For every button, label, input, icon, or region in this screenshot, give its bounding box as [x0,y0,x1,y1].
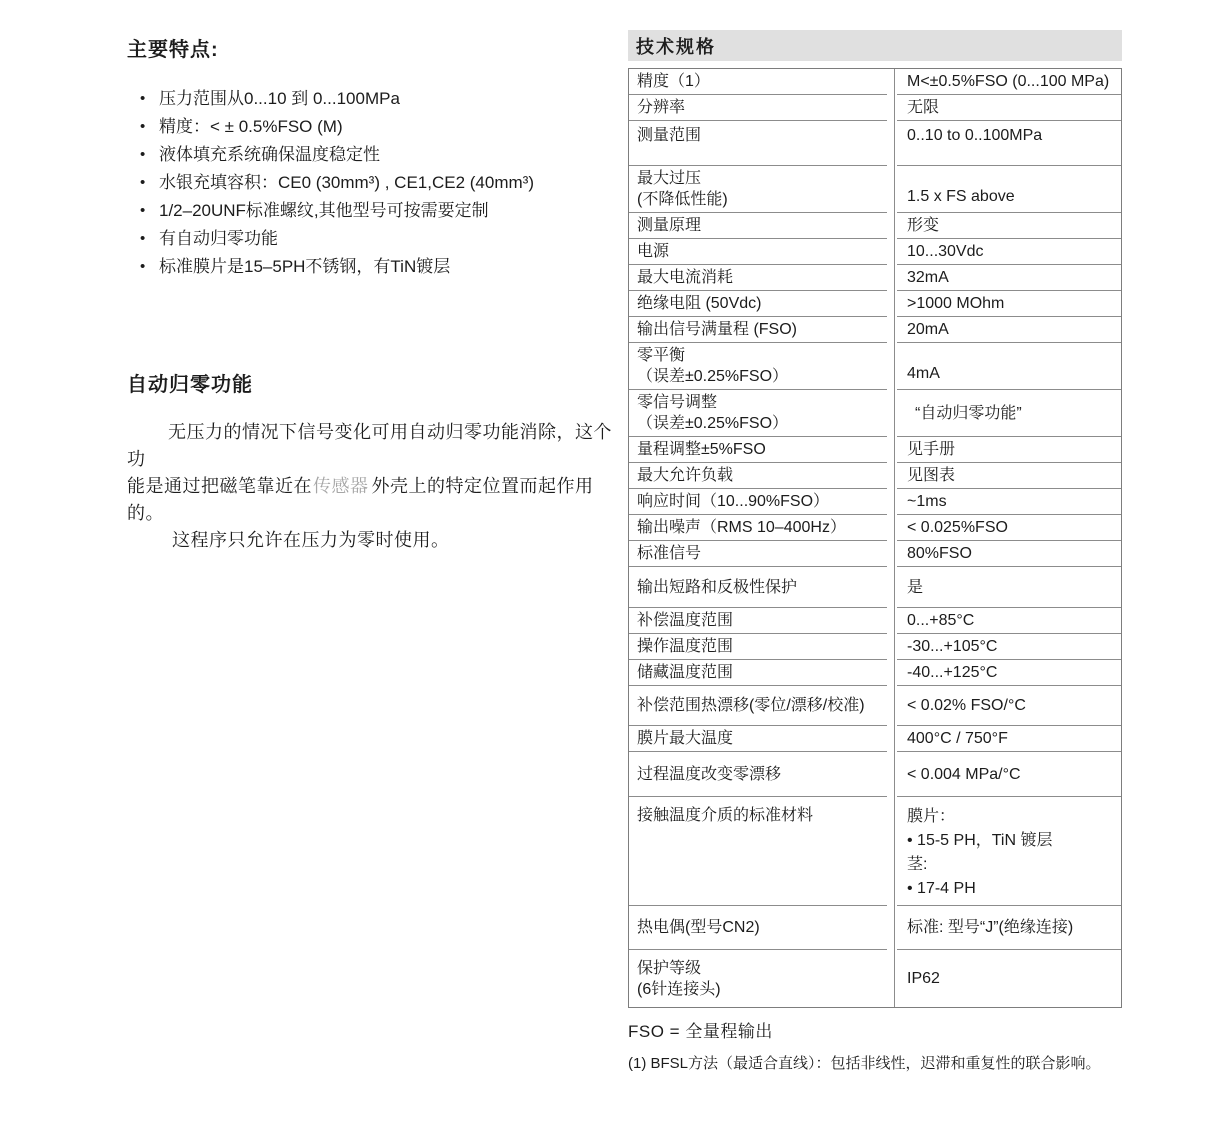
spec-label: 绝缘电阻 (50Vdc) [637,293,761,314]
spec-label-cell: 最大过压 (不降低性能) [629,166,887,213]
spec-label-cell: 储藏温度范围 [629,660,887,686]
spec-label-cell: 过程温度改变零漂移 [629,752,887,797]
spec-label-cell: 精度（1） [629,69,887,95]
spec-label: 保护等级 (6针连接头) [637,958,721,1000]
auto-zero-title: 自动归零功能 [127,368,623,397]
feature-item: 水银充填容积：CE0 (30mm³) , CE1,CE2 (40mm³) [127,173,632,192]
spec-value-cell: ~1ms [897,489,1121,515]
spec-value: 32mA [907,267,949,288]
spec-label-cell: 电源 [629,239,887,265]
table-row: 接触温度介质的标准材料 膜片： • 15-5 PH，TiN 镀层 茎: • 17… [629,797,1121,906]
spec-value: 80%FSO [907,543,972,564]
spec-label-cell: 热电偶(型号CN2) [629,906,887,950]
spec-value-cell: -40...+125°C [897,660,1121,686]
spec-label: 补偿范围热漂移(零位/漂移/校准) [637,695,865,716]
spec-value-cell: 膜片： • 15-5 PH，TiN 镀层 茎: • 17-4 PH [897,797,1121,906]
spec-value: >1000 MOhm [907,293,1004,314]
table-row: 量程调整±5%FSO 见手册 [629,437,1121,463]
table-row: 测量原理 形变 [629,213,1121,239]
table-row: 储藏温度范围 -40...+125°C [629,660,1121,686]
spec-value: M<±0.5%FSO (0...100 MPa) [907,71,1109,92]
table-row: 绝缘电阻 (50Vdc) >1000 MOhm [629,291,1121,317]
spec-value: 1.5 x FS above [907,186,1015,207]
spec-value: 400°C / 750°F [907,728,1008,749]
spec-value-cell: 见手册 [897,437,1121,463]
feature-item: 1/2–20UNF标准螺纹,其他型号可按需要定制 [127,201,632,220]
spec-label-cell: 最大允许负载 [629,463,887,489]
spec-label: 热电偶(型号CN2) [637,917,760,938]
spec-label: 膜片最大温度 [637,728,733,749]
table-row: 最大允许负载 见图表 [629,463,1121,489]
feature-item: 有自动归零功能 [127,229,632,248]
spec-value-cell: 标准: 型号“J”(绝缘连接) [897,906,1121,950]
spec-value-cell: 0...+85°C [897,608,1121,634]
specs-table: 精度（1） M<±0.5%FSO (0...100 MPa) 分辨率 无限 测量… [628,68,1122,1008]
spec-value: 见图表 [907,465,955,486]
table-row: 响应时间（10...90%FSO） ~1ms [629,489,1121,515]
table-row: 分辨率 无限 [629,95,1121,121]
spec-value-cell: -30...+105°C [897,634,1121,660]
spec-value: -40...+125°C [907,662,997,683]
spec-label: 零平衡 （误差±0.25%FSO） [637,345,788,387]
bfsl-footnote: (1) BFSL方法（最适合直线）：包括非线性，迟滞和重复性的联合影响。 [628,1052,1122,1073]
spec-label-cell: 操作温度范围 [629,634,887,660]
table-row: 保护等级 (6针连接头) IP62 [629,950,1121,1007]
spec-value-cell: IP62 [897,950,1121,1007]
spec-label: 最大电流消耗 [637,267,733,288]
spec-label-cell: 分辨率 [629,95,887,121]
table-row: 最大电流消耗 32mA [629,265,1121,291]
spec-value-cell: 80%FSO [897,541,1121,567]
spec-label-cell: 输出短路和反极性保护 [629,567,887,608]
spec-label-cell: 响应时间（10...90%FSO） [629,489,887,515]
spec-label: 测量范围 [637,125,701,146]
feature-item: 精度：< ± 0.5%FSO (M) [127,117,632,136]
paragraph-line: 无压力的情况下信号变化可用自动归零功能消除，这个功 [127,419,623,473]
spec-label: 响应时间（10...90%FSO） [637,491,829,512]
specs-section: 技术规格 精度（1） M<±0.5%FSO (0...100 MPa) 分辨率 … [628,30,1122,1073]
spec-value-cell: 见图表 [897,463,1121,489]
spec-value: 是 [907,577,923,598]
spec-value-cell: 20mA [897,317,1121,343]
table-row: 零平衡 （误差±0.25%FSO） 4mA [629,343,1121,390]
spec-label: 电源 [637,241,669,262]
paragraph-line: 能是通过把磁笔靠近在传感器外壳上的特定位置而起作用的。 [127,473,623,527]
spec-value: < 0.02% FSO/°C [907,695,1026,716]
table-row: 测量范围 0..10 to 0..100MPa [629,121,1121,166]
spec-label-cell: 接触温度介质的标准材料 [629,797,887,906]
spec-value-cell: 无限 [897,95,1121,121]
spec-value: < 0.004 MPa/°C [907,764,1021,785]
spec-label-cell: 最大电流消耗 [629,265,887,291]
table-row: 操作温度范围 -30...+105°C [629,634,1121,660]
spec-value-cell: M<±0.5%FSO (0...100 MPa) [897,69,1121,95]
features-section: 主要特点: 压力范围从0...10 到 0...100MPa 精度：< ± 0.… [127,33,632,285]
spec-label: 标准信号 [637,543,701,564]
paragraph-line: 这程序只允许在压力为零时使用。 [127,527,623,554]
column-divider-line [894,69,895,1007]
spec-value: “自动归零功能” [915,403,1022,424]
spec-label-cell: 保护等级 (6针连接头) [629,950,887,1007]
spec-value: 10...30Vdc [907,241,984,262]
fso-footnote: FSO = 全量程输出 [628,1017,1122,1042]
spec-value: -30...+105°C [907,636,997,657]
features-title: 主要特点: [127,33,632,62]
spec-value-cell: < 0.025%FSO [897,515,1121,541]
spec-value: 形变 [907,215,939,236]
spec-value-cell: 10...30Vdc [897,239,1121,265]
spec-label-cell: 补偿温度范围 [629,608,887,634]
watermark-text: 传感器 [312,476,372,496]
footnotes: FSO = 全量程输出 (1) BFSL方法（最适合直线）：包括非线性，迟滞和重… [628,1017,1122,1073]
spec-label: 输出信号满量程 (FSO) [637,319,797,340]
table-row: 输出噪声（RMS 10–400Hz） < 0.025%FSO [629,515,1121,541]
spec-label: 分辨率 [637,97,685,118]
table-row: 零信号调整 （误差±0.25%FSO） “自动归零功能” [629,390,1121,437]
spec-label: 零信号调整 （误差±0.25%FSO） [637,392,788,434]
table-row: 精度（1） M<±0.5%FSO (0...100 MPa) [629,69,1121,95]
spec-label-cell: 零平衡 （误差±0.25%FSO） [629,343,887,390]
spec-value: IP62 [907,968,940,989]
feature-item: 标准膜片是15–5PH不锈钢，有TiN镀层 [127,257,632,276]
spec-label: 最大过压 (不降低性能) [637,168,728,210]
spec-label-cell: 量程调整±5%FSO [629,437,887,463]
spec-value-cell: 0..10 to 0..100MPa [897,121,1121,166]
feature-item: 液体填充系统确保温度稳定性 [127,145,632,164]
spec-label: 量程调整±5%FSO [637,439,766,460]
spec-label-cell: 零信号调整 （误差±0.25%FSO） [629,390,887,437]
table-row: 补偿范围热漂移(零位/漂移/校准) < 0.02% FSO/°C [629,686,1121,726]
spec-value: 标准: 型号“J”(绝缘连接) [907,917,1073,938]
table-row: 膜片最大温度 400°C / 750°F [629,726,1121,752]
spec-label-cell: 输出信号满量程 (FSO) [629,317,887,343]
spec-value-cell: “自动归零功能” [897,390,1121,437]
table-row: 电源 10...30Vdc [629,239,1121,265]
spec-label: 输出噪声（RMS 10–400Hz） [637,517,846,538]
datasheet-page: { "features": { "title": "主要特点:", "items… [0,0,1217,1144]
spec-value-cell: 1.5 x FS above [897,166,1121,213]
spec-label: 精度（1） [637,71,710,92]
specs-title: 技术规格 [636,33,716,59]
auto-zero-paragraph: 无压力的情况下信号变化可用自动归零功能消除，这个功 能是通过把磁笔靠近在传感器外… [127,419,623,554]
table-row: 过程温度改变零漂移 < 0.004 MPa/°C [629,752,1121,797]
spec-value-cell: 形变 [897,213,1121,239]
spec-label-cell: 测量原理 [629,213,887,239]
spec-value: 见手册 [907,439,955,460]
spec-value-cell: 4mA [897,343,1121,390]
spec-label: 测量原理 [637,215,701,236]
spec-value: 4mA [907,363,940,384]
spec-value: ~1ms [907,491,947,512]
spec-label-cell: 测量范围 [629,121,887,166]
spec-value-cell: 是 [897,567,1121,608]
spec-label: 储藏温度范围 [637,662,733,683]
spec-label: 补偿温度范围 [637,610,733,631]
table-row: 补偿温度范围 0...+85°C [629,608,1121,634]
spec-value: 20mA [907,319,949,340]
spec-value: 0..10 to 0..100MPa [907,125,1042,146]
spec-value: 0...+85°C [907,610,974,631]
specs-header-bar: 技术规格 [628,30,1122,61]
spec-value: 无限 [907,97,939,118]
table-row: 输出信号满量程 (FSO) 20mA [629,317,1121,343]
spec-value-cell: < 0.02% FSO/°C [897,686,1121,726]
spec-label: 接触温度介质的标准材料 [637,805,813,826]
spec-label-cell: 标准信号 [629,541,887,567]
spec-label-cell: 绝缘电阻 (50Vdc) [629,291,887,317]
table-row: 标准信号 80%FSO [629,541,1121,567]
feature-item: 压力范围从0...10 到 0...100MPa [127,89,632,108]
spec-value-cell: 32mA [897,265,1121,291]
spec-value: < 0.025%FSO [907,517,1008,538]
spec-value-cell: 400°C / 750°F [897,726,1121,752]
spec-label: 过程温度改变零漂移 [637,764,781,785]
spec-label: 最大允许负载 [637,465,733,486]
table-row: 最大过压 (不降低性能) 1.5 x FS above [629,166,1121,213]
spec-value-cell: < 0.004 MPa/°C [897,752,1121,797]
spec-label: 操作温度范围 [637,636,733,657]
paragraph-text: 能是通过把磁笔靠近在 [127,476,312,496]
table-row: 热电偶(型号CN2) 标准: 型号“J”(绝缘连接) [629,906,1121,950]
spec-value: 膜片： • 15-5 PH，TiN 镀层 茎: • 17-4 PH [907,805,1052,901]
spec-label-cell: 补偿范围热漂移(零位/漂移/校准) [629,686,887,726]
table-row: 输出短路和反极性保护 是 [629,567,1121,608]
spec-label-cell: 输出噪声（RMS 10–400Hz） [629,515,887,541]
features-list: 压力范围从0...10 到 0...100MPa 精度：< ± 0.5%FSO … [127,89,632,276]
spec-value-cell: >1000 MOhm [897,291,1121,317]
spec-label: 输出短路和反极性保护 [637,577,797,598]
auto-zero-section: 自动归零功能 无压力的情况下信号变化可用自动归零功能消除，这个功 能是通过把磁笔… [127,368,623,554]
spec-label-cell: 膜片最大温度 [629,726,887,752]
